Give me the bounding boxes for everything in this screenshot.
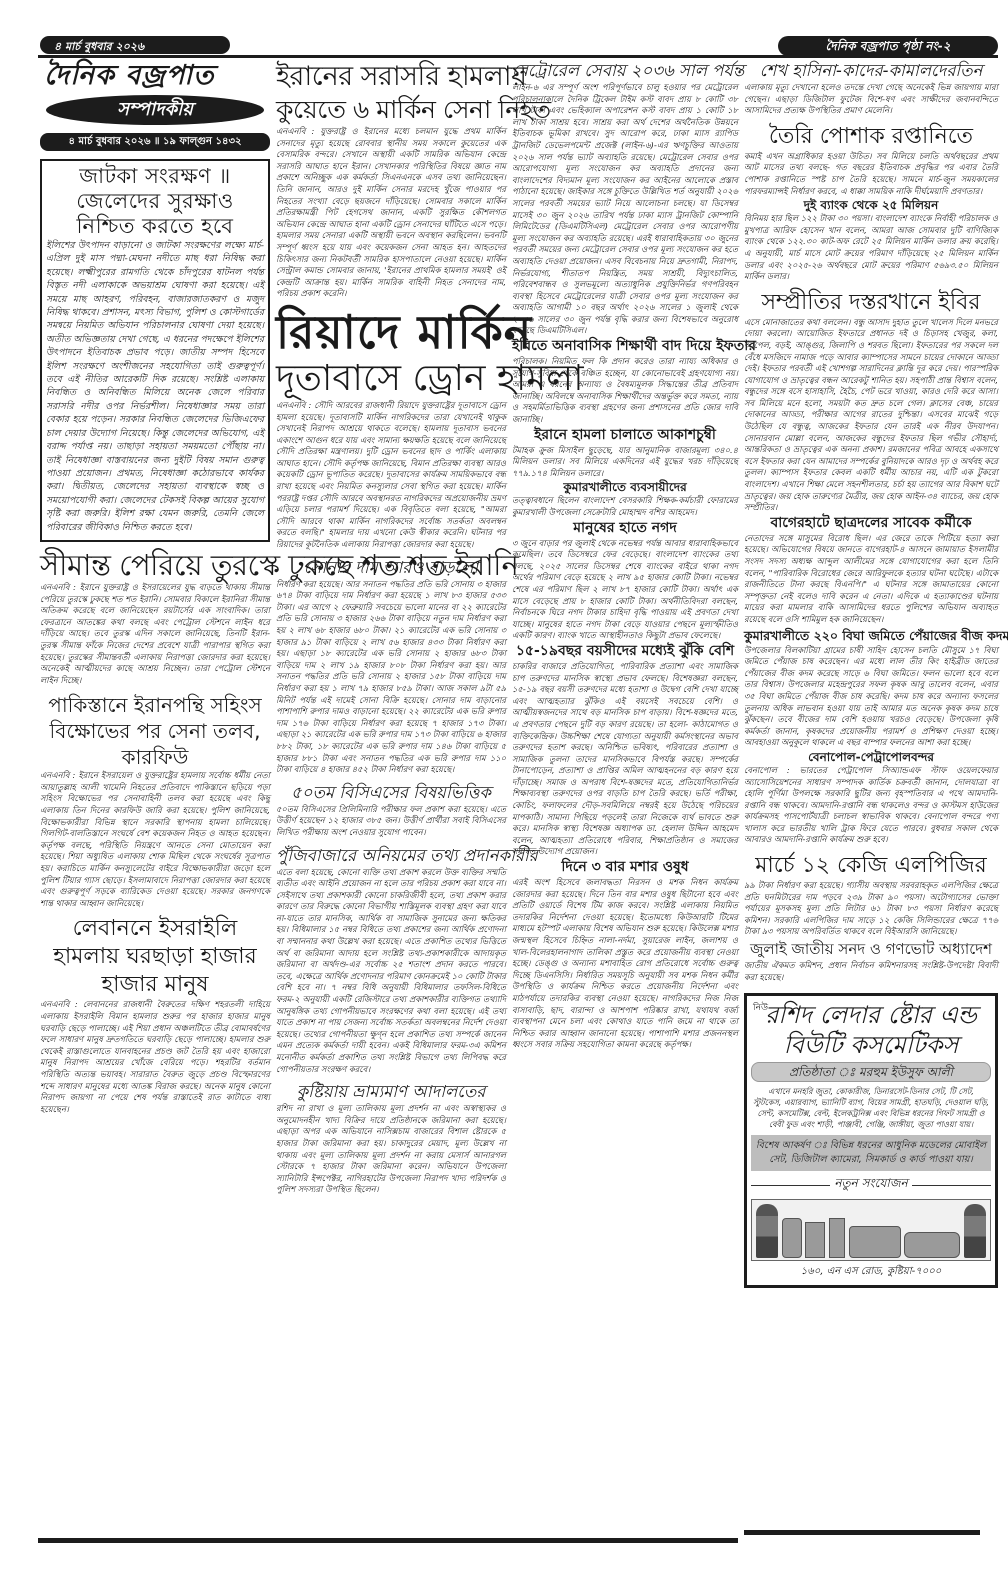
kumarkhali-body: তত্ত্বাবধানে ছিলেন বাংলাদেশ বেসরকারি শিক… (512, 495, 738, 518)
camera-icon (849, 1226, 901, 1258)
mobile-phone-icon (805, 1222, 825, 1258)
video-camera-icon (904, 1232, 960, 1258)
mobile-phone-icon (829, 1218, 845, 1258)
riyadh-headline-2: দূতাবাসে ড্রোন হামলা (276, 358, 506, 400)
ad-name-line1: রশিদ লেদার ষ্টোর এন্ড (751, 1000, 991, 1030)
footer-rule-right (744, 1530, 980, 1535)
ad-new-addition: নতুন সংযোজন (751, 1175, 991, 1195)
charter-body: জাতীয় ঐকমত কমিশন, প্রধান নির্বাচন কমিশন… (744, 960, 998, 983)
banks-headline: দুই ব্যাংক থেকে ২৫ মিলিয়ন (744, 197, 998, 213)
teachers-headline: ইবিতে অনাবাসিক শিক্ষার্থী বাদ দিয়ে ইফতা… (512, 337, 738, 356)
benapole-headline: বেনাপোল-পেট্রাপোলবন্দর (744, 749, 998, 765)
cash-body: ৩ জুনে বাড়ার পর জুলাই থেকে নভেম্বর পর্য… (512, 538, 738, 642)
garments-body: কমাই এখন অগ্রাধিকার হওয়া উচিত। সব মিলিয… (744, 151, 998, 197)
person-image-icon (964, 1204, 986, 1258)
stock-headline: পুঁজিবাজারে অনিয়মের তথ্য প্রদানকারীর (276, 845, 506, 867)
ad-new-addition-label: নতুন সংযোজন (834, 1175, 907, 1195)
column-1: দৈনিক বজ্রপাত সম্পাদকীয় ৪ মার্চ বুধবার … (40, 60, 270, 1115)
person-image-icon (756, 1204, 778, 1258)
bcs-headline: ৫০তম বিসিএসের বিষয়ভিত্তিক (276, 782, 506, 804)
cash-headline: মানুষের হাতে নগদ (512, 519, 738, 538)
turkey-headline: সীমান্ত পেরিয়ে তুরস্কে ঢুকছে শত শত ইরান… (40, 548, 270, 582)
mosquito-body: এরই অংশ হিসেবে জলাবদ্ধতা নিরসন ও মশক নিধ… (512, 877, 738, 1051)
lpg-headline: মার্চে ১২ কেজি এলপিজির (744, 852, 998, 880)
banks-body: বিনিময় হার ছিল ১২২ টাকা ৩০ পয়সা। বাংলা… (744, 213, 998, 283)
mobile-phone-icon (782, 1218, 802, 1258)
header-rule (38, 55, 998, 58)
missile-headline: ইরানে হামলা চালাতে আকাশচুম্বী (512, 426, 738, 445)
metro-headline: মেট্রোরেল সেবায় ২০৩৬ সাল পর্যন্ত (512, 60, 738, 82)
court-headline: কুষ্টিয়ায় ভ্রাম্যমাণ আদালতের (276, 1081, 506, 1103)
hasina-headline: শেখ হাসিনা-কাদের-কামালদেরতিন (744, 60, 998, 82)
youth-headline: ১৫-১৯বছর বয়সীদের মধ্যেই ঝুঁকি বেশি (512, 642, 738, 661)
ad-founder: প্রতিষ্ঠাতা ঃ মরহুম ইউসুফ আলী (751, 1062, 991, 1082)
gold-headline: সোনার দাম আরও বাড়লো (276, 557, 506, 579)
iftar-headline: সম্প্রীতির দস্তরখানে ইবির (744, 289, 998, 317)
lebanon-headline: লেবাননে ইসরাইলি হামলায় ঘরছাড়া হাজার হা… (40, 915, 270, 999)
charter-headline: জুলাই জাতীয় সনদ ও গণভোট অধ্যাদেশ (744, 938, 998, 960)
pakistan-headline: পাকিস্তানে ইরানপন্থি সহিংস বিক্ষোভের পর … (40, 692, 270, 770)
editorial-headline: জাটকা সংরক্ষণ ॥ জেলেদের সুরক্ষাও নিশ্চিত… (46, 164, 264, 239)
ad-product-images (751, 1199, 991, 1261)
missile-body: টমাহক ক্রুজ মিসাইল ছুড়েছে, যার আনুমানিক… (512, 445, 738, 480)
ad-tag: নিউ (753, 1000, 768, 1015)
teachers-body: পরিচালক। নিয়মিত ফল কি প্রদান করেও তারা … (512, 356, 738, 426)
header-page-number: দৈনিক বজ্রপাত পৃষ্ঠা নং-২ (778, 36, 998, 56)
newspaper-page: ৪ মার্চ বুধবার ২০২৬ দৈনিক বজ্রপাত পৃষ্ঠা… (38, 36, 998, 1538)
hasina-body: এলাকায় মৃত্যু দেখানো হলেও তদন্তে দেখা গ… (744, 82, 998, 117)
column-2: ইরানের সরাসরি হামলায় কুয়েতে ৬ মার্কিন … (276, 60, 506, 1196)
iftar-body: এসে মোনাজাতের কথা বললেন। বন্ধু আসাদ দুহা… (744, 317, 998, 514)
editorial-date: ৪ মার্চ বুধবার ২০২৬ ॥ ১৯ ফাল্গুন ১৪৩২ (40, 133, 270, 151)
lead-body: এনএনবি : যুক্তরাষ্ট্র ও ইরানের মধ্যে চলম… (276, 126, 506, 300)
mosquito-headline: দিনে ৩ বার মশার ওষুধ (512, 858, 738, 877)
lebanon-body: এনএনবি : লেবাননের রাজধানী বৈরুতের দক্ষিণ… (40, 999, 270, 1115)
bagerhat-headline: বাগেরহাটে ছাত্রদলের সাবেক কর্মীকে (744, 514, 998, 533)
bcs-body: ৫০তম বিসিএসের প্রিলিমিনারি পরীক্ষার ফল প… (276, 804, 506, 839)
header-date: ৪ মার্চ বুধবার ২০২৬ (40, 36, 230, 54)
ad-special: বিশেষ আকর্ষণ ঃ বিভিন্ন ধরনের আধুনিক মডেল… (751, 1135, 991, 1171)
gold-body: নির্ধারণ করা হয়েছে। আর সনাতন পদ্ধতির প্… (276, 579, 506, 776)
advertisement: নিউ রশিদ লেদার ষ্টোর এন্ড বিউটি কসমেটিকস… (744, 993, 998, 1288)
section-label: সম্পাদকীয় (46, 95, 264, 125)
footer-rule (38, 1538, 738, 1543)
lpg-body: ৯৯ টাকা নির্ধারণ করা হয়েছে। গ্যাসীয় অব… (744, 880, 998, 938)
youth-body: চাকরির বাজারে প্রতিযোগিতা, পারিবারিক প্র… (512, 661, 738, 858)
ad-items: এখানে মনহরি জুতা, কোকারীজ, ডিনারসেট-ডিনা… (751, 1084, 991, 1132)
benapole-body: বেনাপোল : ভারতের পেট্রাপোল সিঅ্যান্ডএফ স… (744, 765, 998, 846)
garments-headline: তৈরি পোশাক রপ্তানিতে (744, 123, 998, 151)
onion-body: উপজেলার বিলকাটিয়া গ্রামের চাষী সাহিদ হো… (744, 645, 998, 749)
court-body: রশিদ না রাখা ও মূল্য তালিকায় মূল্য প্রদ… (276, 1103, 506, 1196)
riyadh-headline-1: রিয়াদে মার্কিন (276, 306, 506, 358)
ad-address: ১৬০, এন এস রোড, কুষ্টিয়া-৭০০০ (751, 1264, 991, 1281)
turkey-body: এনএনবি : ইরানে যুক্তরাষ্ট্র ও ইসরায়েলের… (40, 582, 270, 686)
lead-headline-2: কুয়েতে ৬ মার্কিন সেনা নিহত (276, 94, 506, 126)
column-3: মেট্রোরেল সেবায় ২০৩৬ সাল পর্যন্ত লাইন-৬… (512, 60, 738, 1051)
riyadh-body: এনএনবি : সৌদি আরবের রাজধানী রিয়াদে যুক্… (276, 400, 506, 551)
kumarkhali-headline: কুমারখালীতে ব্যবসায়ীদের (512, 479, 738, 495)
lead-headline-1: ইরানের সরাসরি হামলায় (276, 60, 506, 94)
metro-body: লাইন-৬ এর সম্পূর্ণ অংশ পরিপূর্ণভাবে চালু… (512, 82, 738, 337)
page-header: ৪ মার্চ বুধবার ২০২৬ দৈনিক বজ্রপাত পৃষ্ঠা… (38, 36, 998, 58)
bagerhat-body: নেতাদের সঙ্গে মাসুমের বিরোধ ছিল। এর জেরে… (744, 533, 998, 626)
ad-name-line2: বিউটি কসমেটিকস (751, 1030, 991, 1060)
column-4: শেখ হাসিনা-কাদের-কামালদেরতিন এলাকায় মৃত… (744, 60, 998, 1288)
pakistan-body: এনএনবি : ইরানে ইসরায়েল ও যুক্তরাষ্ট্রের… (40, 770, 270, 909)
onion-headline: কুমারখালীতে ২২০ বিঘা জমিতে পেঁয়াজের বীজ… (744, 626, 998, 645)
stock-body: এতে বলা হয়েছে, কোনো ব্যক্তি তথ্য প্রকাশ… (276, 867, 506, 1076)
masthead: দৈনিক বজ্রপাত (40, 60, 270, 92)
editorial-box: জাটকা সংরক্ষণ ॥ জেলেদের সুরক্ষাও নিশ্চিত… (40, 159, 270, 542)
editorial-body: ইলিশের উৎপাদন বাড়ানো ও জাটকা সংরক্ষণের … (46, 239, 264, 534)
